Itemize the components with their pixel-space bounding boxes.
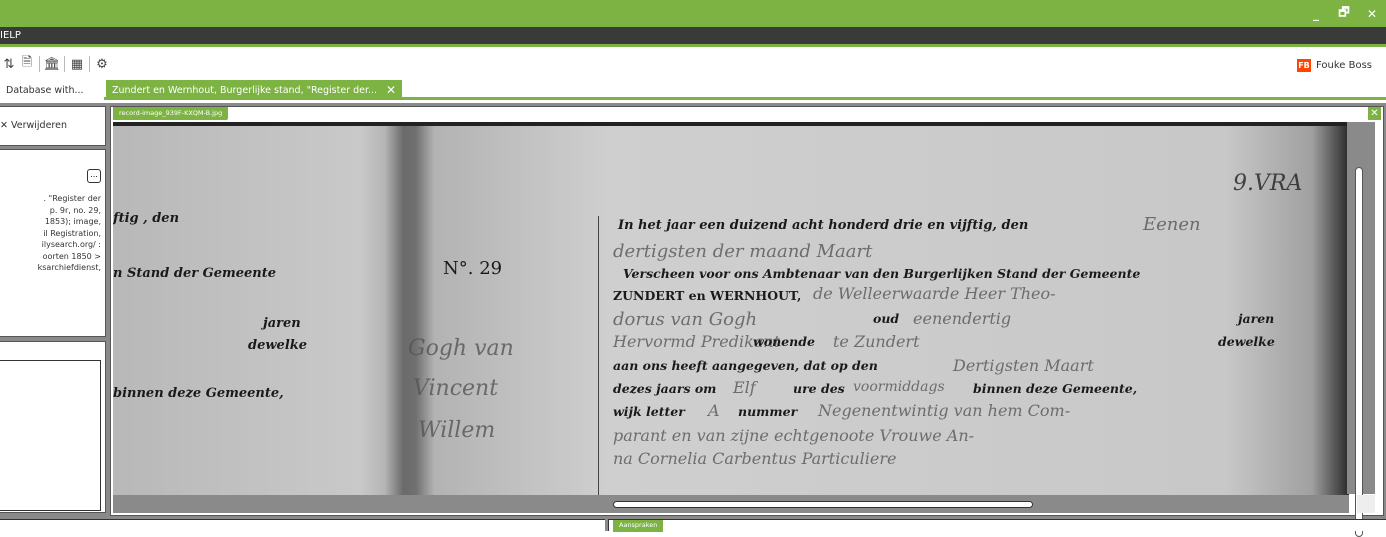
handwritten-text: Dertigsten Maart (953, 356, 1094, 375)
page-text: oud (873, 311, 899, 326)
page-text: Verscheen voor ons Ambtenaar van den Bur… (623, 266, 1140, 281)
page-text: ZUNDERT en WERNHOUT, (613, 288, 801, 303)
citation-line: ilysearch.org/ : (0, 239, 101, 251)
close-viewer-icon[interactable]: ✕ (1368, 107, 1381, 120)
minimize-button[interactable]: _ (1302, 0, 1330, 27)
image-viewer: record-image_939F-KXQM-B.jpg ✕ ftig , de… (110, 106, 1384, 516)
toolbar: ⇅ 🗎 🏛 ▦ ⚙ FB Fouke Boss (0, 50, 1386, 80)
menu-bar: IELP (0, 27, 1386, 47)
folio-number: 9.VRA (1233, 171, 1302, 196)
record-image[interactable]: ftig , den n Stand der Gemeente jaren de… (113, 122, 1349, 506)
handwritten-text: Elf (733, 378, 756, 397)
handwritten-text: de Welleerwaarde Heer Theo- (813, 284, 1056, 303)
handwritten-text: eenendertig (913, 309, 1011, 328)
citation-line: oorten 1850 > (0, 251, 101, 263)
page-text: n Stand der Gemeente (113, 266, 276, 281)
page-text: wijk letter (613, 404, 685, 419)
handwritten-text: te Zundert (833, 332, 920, 351)
vertical-scroll-thumb[interactable] (1355, 167, 1363, 531)
title-bar: _ 🗗 ✕ (0, 0, 1386, 27)
handwritten-text: dorus van Gogh (613, 309, 757, 330)
handwritten-text: parant en van zijne echtgenoote Vrouwe A… (613, 426, 974, 445)
tab-zundert-register[interactable]: Zundert en Wernhout, Burgerlijke stand, … (106, 80, 402, 100)
handwritten-text: dertigsten der maand Maart (613, 241, 872, 262)
settings-icon[interactable]: ⚙ (93, 55, 111, 73)
sort-icon[interactable]: ⇅ (0, 55, 18, 73)
citation-line: . "Register der (0, 193, 101, 205)
page-text: ure des (793, 381, 845, 396)
window-controls: _ 🗗 ✕ (1302, 0, 1386, 27)
vertical-scrollbar[interactable] (1347, 122, 1375, 494)
page-rule (598, 216, 599, 506)
add-document-icon[interactable]: 🗎 (18, 55, 36, 73)
citation-line: p. 9r, no. 29, (0, 205, 101, 217)
citation-line: 1853); image, (0, 216, 101, 228)
restore-button[interactable]: 🗗 (1330, 0, 1358, 27)
horizontal-scrollbar[interactable] (113, 495, 1349, 513)
bottom-left-panel (0, 519, 605, 531)
page-text: binnen deze Gemeente, (973, 381, 1137, 396)
image-file-tab[interactable]: record-image_939F-KXQM-B.jpg (113, 107, 228, 120)
margin-name: Gogh van (408, 336, 514, 361)
page-text: binnen deze Gemeente, (113, 386, 284, 401)
tab-database[interactable]: Database with... (0, 80, 104, 100)
left-action-panel: ✕ Verwijderen (0, 106, 106, 146)
page-text: jaren (1238, 311, 1274, 326)
notes-field[interactable] (0, 360, 101, 511)
user-name: Fouke Boss (1316, 60, 1372, 71)
close-tab-icon[interactable]: ✕ (386, 83, 396, 97)
citation-text: . "Register der p. 9r, no. 29, 1853); im… (0, 193, 101, 274)
page-text: dewelke (1218, 334, 1275, 349)
tab-label: Zundert en Wernhout, Burgerlijke stand, … (112, 85, 377, 96)
institution-icon[interactable]: 🏛 (43, 55, 61, 73)
citation-line: ksarchiefdienst, (0, 262, 101, 274)
scroll-corner (1357, 495, 1375, 513)
citation-panel: ... . "Register der p. 9r, no. 29, 1853)… (0, 149, 106, 337)
page-text: aan ons heeft aangegeven, dat op den (613, 358, 878, 373)
more-options-button[interactable]: ... (87, 169, 101, 183)
menu-help[interactable]: IELP (0, 30, 21, 41)
avatar: FB (1297, 59, 1311, 72)
handwritten-text: Eenen (1143, 214, 1201, 235)
bottom-right-panel: Aanspraken (608, 519, 1386, 531)
handwritten-text: voormiddags (853, 379, 945, 395)
left-bottom-panel (0, 341, 106, 513)
document-tabs: Database with... Zundert en Wernhout, Bu… (0, 80, 1386, 100)
citation-line: il Registration, (0, 228, 101, 240)
page-text: wonende (753, 334, 815, 349)
page-text: jaren (263, 316, 301, 331)
handwritten-text: A (708, 401, 720, 420)
margin-name: Willem (418, 418, 495, 443)
close-window-button[interactable]: ✕ (1358, 0, 1386, 27)
page-text: ftig , den (113, 211, 179, 226)
user-account[interactable]: FB Fouke Boss (1297, 59, 1372, 72)
toolbar-divider (64, 56, 65, 72)
margin-name: Vincent (413, 376, 498, 401)
remove-button[interactable]: ✕ Verwijderen (0, 120, 67, 131)
toolbar-divider (39, 56, 40, 72)
handwritten-text: na Cornelia Carbentus Particuliere (613, 449, 896, 468)
record-number: N°. 29 (443, 258, 502, 279)
page-text: In het jaar een duizend acht honderd dri… (618, 218, 1028, 233)
horizontal-scroll-thumb[interactable] (613, 501, 1033, 508)
page-text: nummer (738, 404, 797, 419)
tab-aanspraken[interactable]: Aanspraken (613, 520, 663, 531)
calendar-icon[interactable]: ▦ (68, 55, 86, 73)
page-text: dewelke (248, 338, 307, 353)
handwritten-text: Negenentwintig van hem Com- (818, 401, 1070, 420)
toolbar-divider (89, 56, 90, 72)
page-text: dezes jaars om (613, 381, 716, 396)
tab-label: Database with... (6, 85, 84, 96)
